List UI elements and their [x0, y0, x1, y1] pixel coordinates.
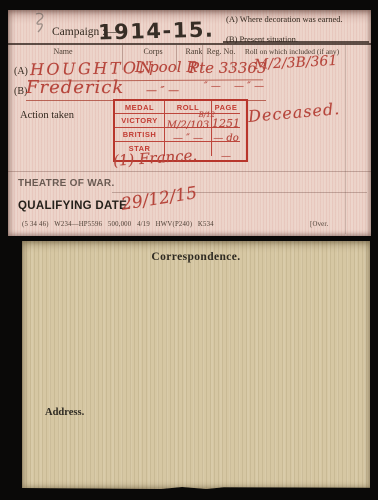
ditto-reg-no: — ″ —	[234, 81, 264, 92]
action-taken-label: Action taken	[20, 110, 74, 121]
medal-row-victory-roll: M/2/103 B/12	[165, 114, 212, 128]
medal-index-card: Campaign :— 1914-15. (A) Where decoratio…	[8, 10, 371, 236]
correspondence-card: Correspondence. Address.	[22, 241, 370, 489]
medal-row-victory-label: VICTORY	[115, 114, 165, 128]
medal-row-british-roll: — ″ —	[165, 128, 212, 142]
medal-row-british-label: BRITISH	[115, 128, 165, 142]
ditto-corps: — ″ —	[146, 84, 179, 97]
correspondence-title: Correspondence.	[22, 251, 370, 263]
column-header-corps: Corps	[128, 47, 178, 56]
theatre-of-war-label: THEATRE OF WAR.	[18, 178, 115, 189]
table-header-page: PAGE	[212, 101, 240, 114]
column-header-name: Name	[38, 47, 88, 56]
handwritten-deceased-note: Deceased.	[247, 99, 341, 126]
pencil-squiggle-icon	[32, 12, 50, 34]
card-crease	[345, 44, 346, 234]
handwritten-qualifying-date: 29/12/15	[120, 183, 199, 215]
medal-row-star-page	[212, 142, 240, 156]
campaign-year: 1914-15.	[98, 17, 215, 44]
handwritten-forename: Frederick	[26, 77, 124, 98]
medal-row-victory-page: 1251	[212, 114, 240, 128]
form-print-code: (5 34 46) W234—HP5596 500,000 4/19 HWV(P…	[22, 221, 214, 228]
divider	[8, 43, 371, 45]
address-label: Address.	[45, 407, 84, 418]
qualifying-date-label: QUALIFYING DATE.	[18, 200, 131, 212]
handwritten-roll-reference: M/2/3B/361	[254, 53, 338, 73]
row-a-prefix: (A)	[14, 66, 28, 77]
photo-background: Campaign :— 1914-15. (A) Where decoratio…	[0, 0, 378, 500]
over-note: [Over.	[310, 221, 328, 228]
medal-row-british-page: — do —	[212, 128, 240, 142]
ditto-rank: ″ —	[204, 81, 221, 92]
table-header-medal: MEDAL	[115, 101, 165, 114]
note-where-decoration-earned: (A) Where decoration was earned.	[226, 14, 343, 24]
divider	[8, 171, 371, 172]
